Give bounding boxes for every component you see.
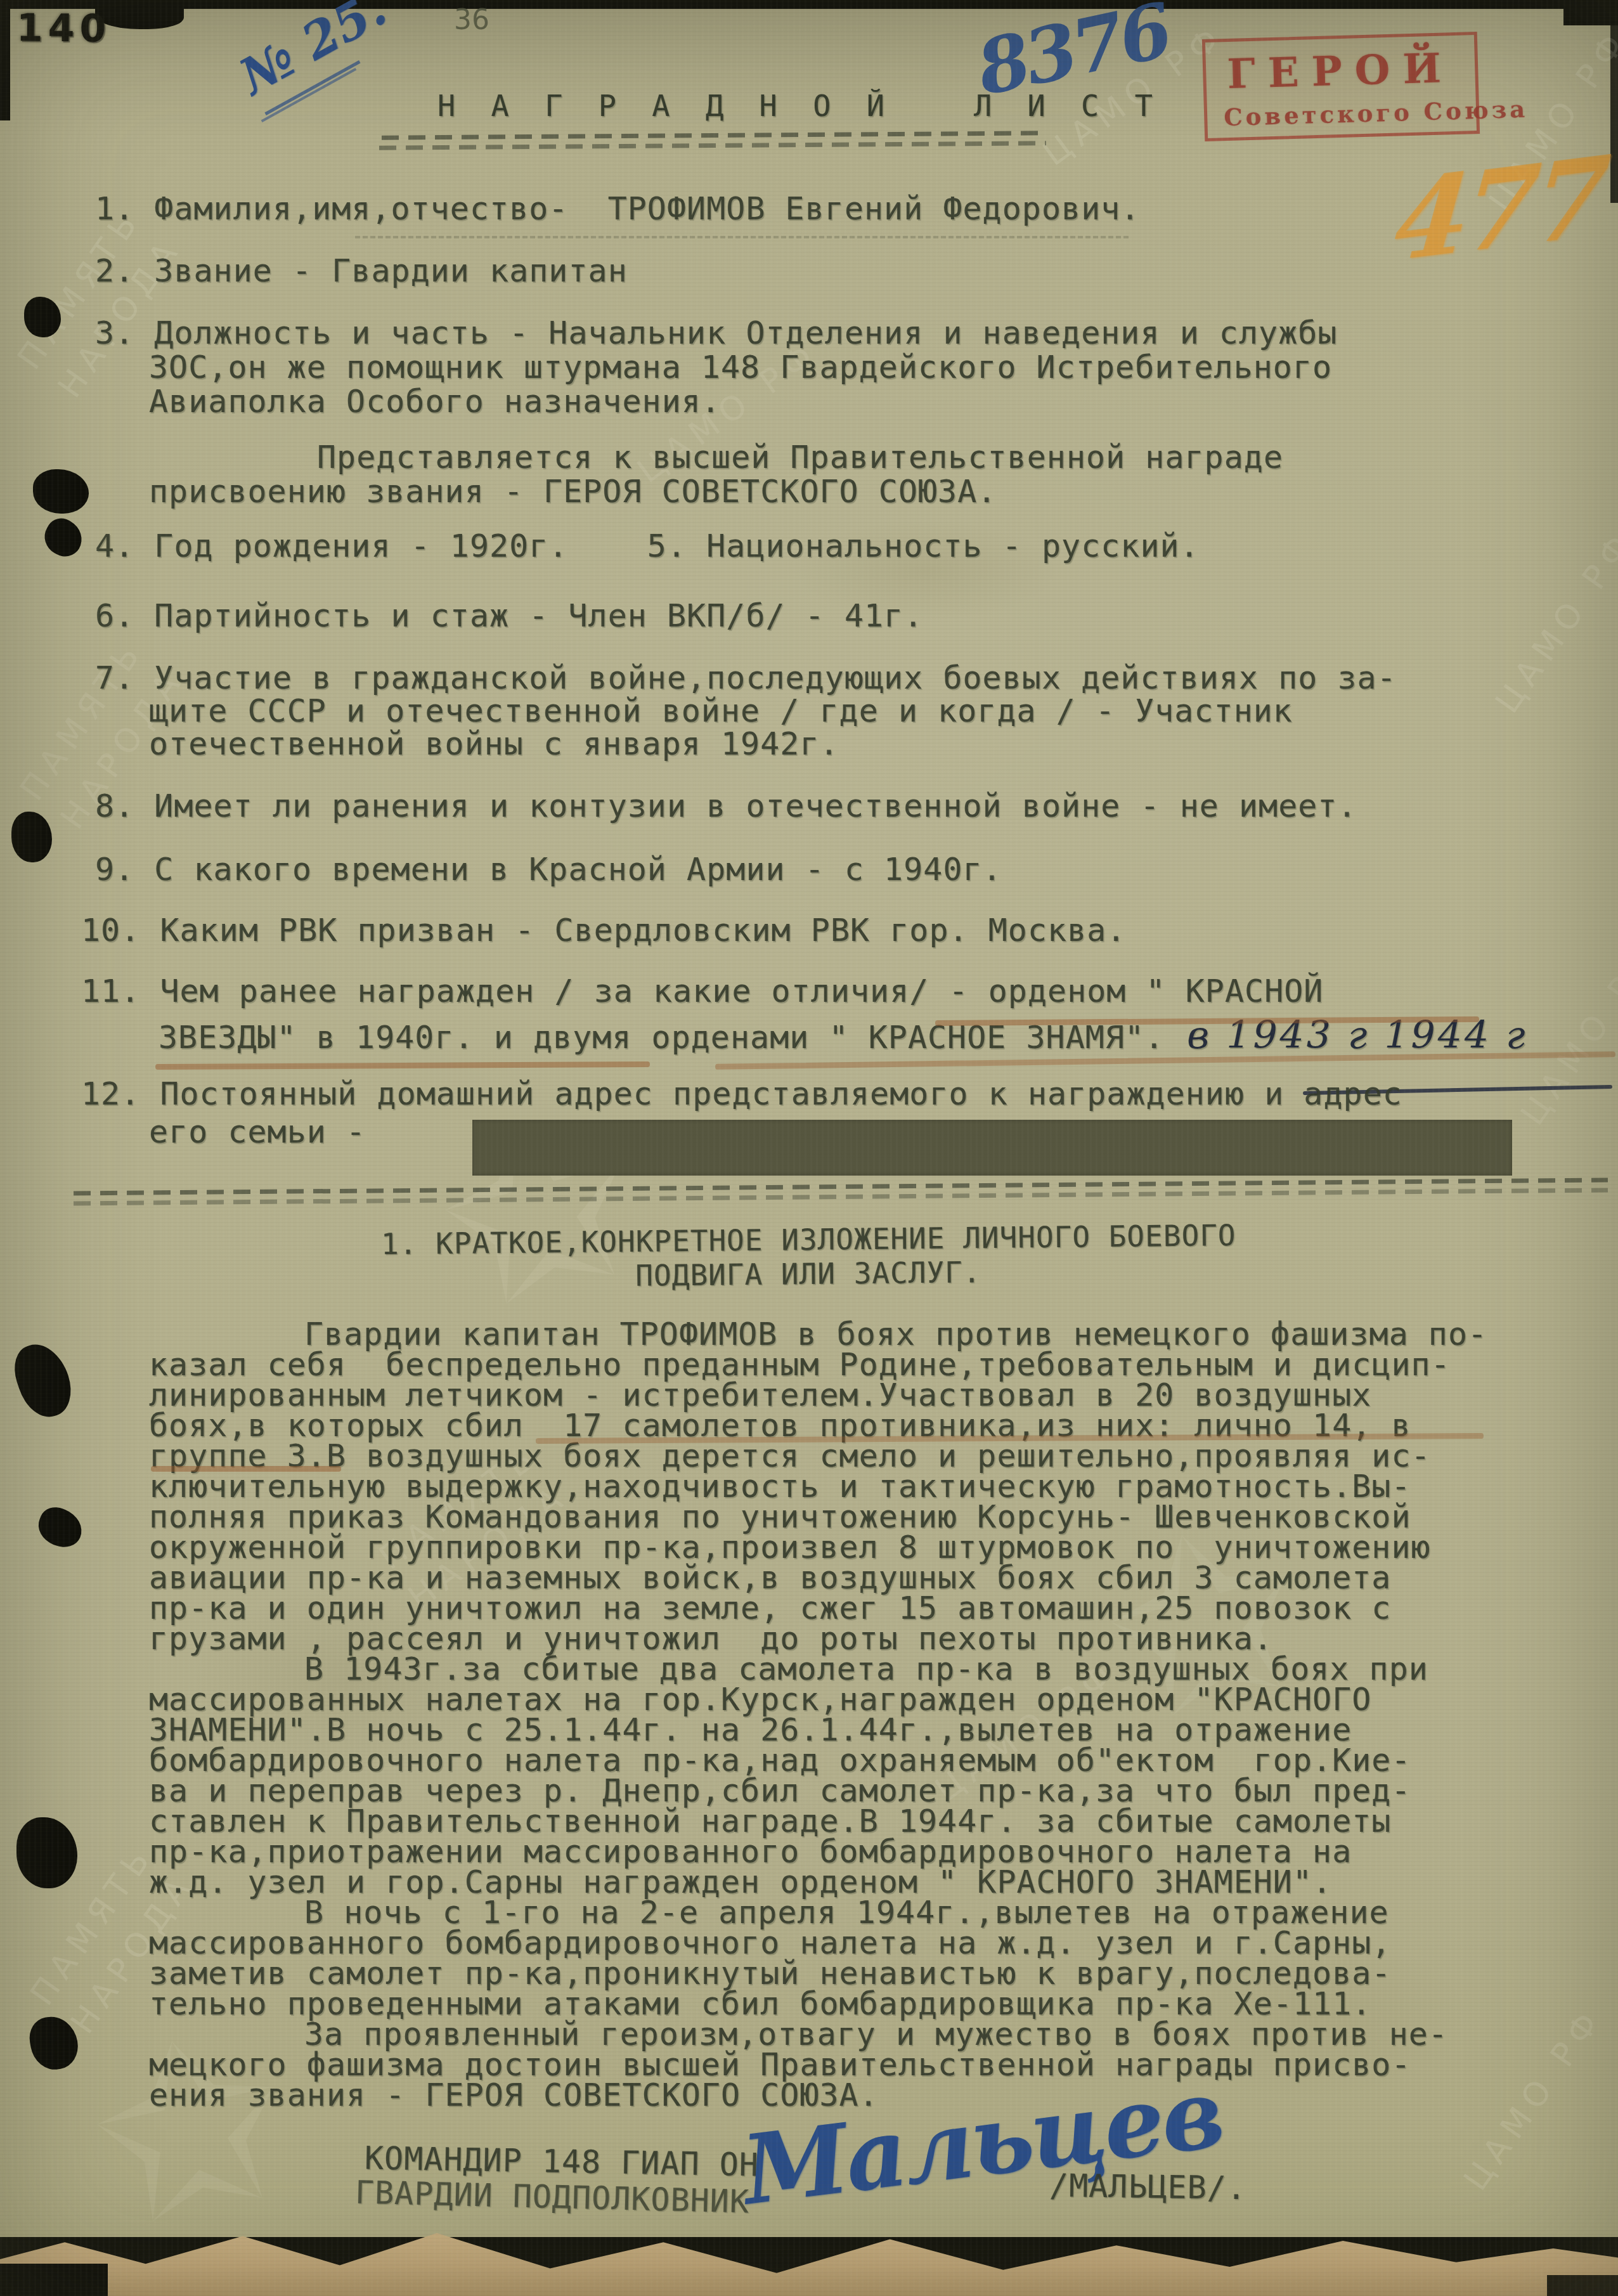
field-position-line-2: ЗОС,он же помощник штурмана 148 Гвардейс…	[149, 349, 1332, 386]
presentation-line-1: Представляется к высшей Правительственно…	[317, 439, 1283, 476]
field-party-line: 6. Партийность и стаж - Член ВКП/б/ - 41…	[95, 597, 923, 634]
field-drafted-line: 10. Каким РВК призван - Свердловским РВК…	[81, 912, 1126, 949]
scan-edge-bottom-right	[1547, 2275, 1618, 2296]
scan-edge-bottom-left	[0, 2264, 108, 2296]
page-title: Н А Г Р А Д Н О Й Л И С Т	[437, 89, 1162, 124]
stamp-line-1: ГЕРОЙ	[1222, 44, 1459, 98]
redaction-box	[472, 1120, 1512, 1176]
field-address-line-2: его семьи -	[149, 1113, 366, 1150]
ink-blot	[24, 297, 61, 337]
field-birth-nationality-line: 4. Год рождения - 1920г. 5. Национальнос…	[95, 528, 1200, 564]
field-participation-line-3: отечественной войны с января 1942г.	[149, 725, 839, 762]
scan-edge-right	[1610, 0, 1618, 203]
watermark-camo: ЦАМО РФ	[1457, 2000, 1611, 2198]
ink-blot	[8, 1337, 79, 1424]
ink-blot	[38, 513, 89, 562]
field-participation-line-1: 7. Участие в гражданской войне,последующ…	[95, 659, 1397, 696]
field-name-line: 1. Фамилия,имя,отчество- ТРОФИМОВ Евгени…	[95, 190, 1140, 227]
ink-blot	[16, 1817, 77, 1888]
crayon-number: 477	[1390, 132, 1609, 287]
watermark-camo: ЦАМО РФ	[1514, 935, 1618, 1132]
ink-blot	[26, 2013, 81, 2073]
hero-of-soviet-union-stamp: ГЕРОЙ Советского Союза	[1202, 32, 1480, 141]
title-underline	[379, 141, 1046, 150]
faint-rule	[355, 236, 1129, 238]
ink-blot	[11, 812, 52, 862]
pencil-underline	[155, 1061, 650, 1070]
stamp-line-2: Советского Союза	[1224, 97, 1460, 131]
sheet-number: 36	[454, 4, 489, 36]
doc-number-handwritten: № 25.	[230, 0, 396, 106]
field-participation-line-2: щите СССР и отечественной войне / где и …	[149, 692, 1293, 729]
watermark-camo: ЦАМО РФ	[1489, 522, 1618, 720]
title-underline	[382, 131, 1046, 139]
archive-corner-number: 140	[16, 6, 112, 51]
section-heading: 1. КРАТКОЕ,КОНКРЕТНОЕ ИЗЛОЖЕНИЕ ЛИЧНОГО …	[190, 1223, 1427, 1291]
ink-blot	[33, 469, 89, 514]
field-position-line-1: 3. Должность и часть - Начальник Отделен…	[95, 315, 1337, 351]
pencil-underline	[151, 1466, 341, 1472]
field-army-since-line: 9. С какого времени в Красной Армии - с …	[95, 851, 1002, 888]
field-rank-line: 2. Звание - Гвардии капитан	[95, 252, 628, 289]
body-line: ения звания - ГЕРОЯ СОВЕТСКОГО СОЮЗА.	[149, 2077, 879, 2113]
section-heading-line-2: ПОДВИГА ИЛИ ЗАСЛУГ.	[190, 1250, 1427, 1297]
star-watermark-icon: ✩	[70, 1980, 312, 2280]
scan-edge-left	[0, 0, 10, 120]
field-position-line-3: Авиаполка Особого назначения.	[149, 383, 721, 420]
field-prior-awards-line-1: 11. Чем ранее награжден / за какие отлич…	[81, 973, 1323, 1009]
signature-typed-name: /МАЛЬЦЕВ/.	[1049, 2167, 1247, 2207]
field-wounds-line: 8. Имеет ли ранения и контузии в отечест…	[95, 788, 1357, 824]
presentation-line-2: присвоению звания - ГЕРОЯ СОВЕТСКОГО СОЮ…	[149, 473, 997, 510]
watermark-line: ПАМЯТЬ	[13, 633, 151, 808]
award-sheet-page: ЦАМО РФ ЦАМО РФ ЦАМО РФ ЦАМО РФ ЦАМО РФ …	[0, 0, 1618, 2296]
ink-blot	[33, 1502, 88, 1553]
field-address-line-1: 12. Постоянный домашний адрес представля…	[81, 1075, 1402, 1112]
scan-edge-top	[0, 0, 1618, 9]
